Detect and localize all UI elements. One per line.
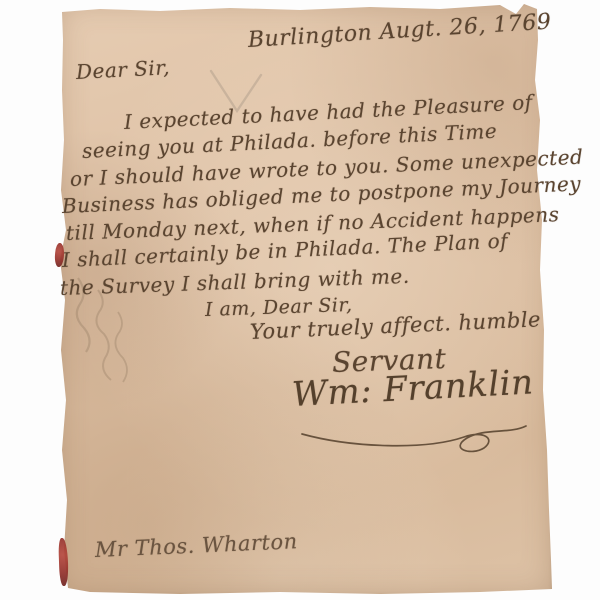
letter-photograph: Burlington Augt. 26, 1769 Dear Sir, I ex… (0, 0, 600, 600)
signature-flourish (298, 412, 530, 458)
salutation: Dear Sir, (75, 57, 170, 82)
